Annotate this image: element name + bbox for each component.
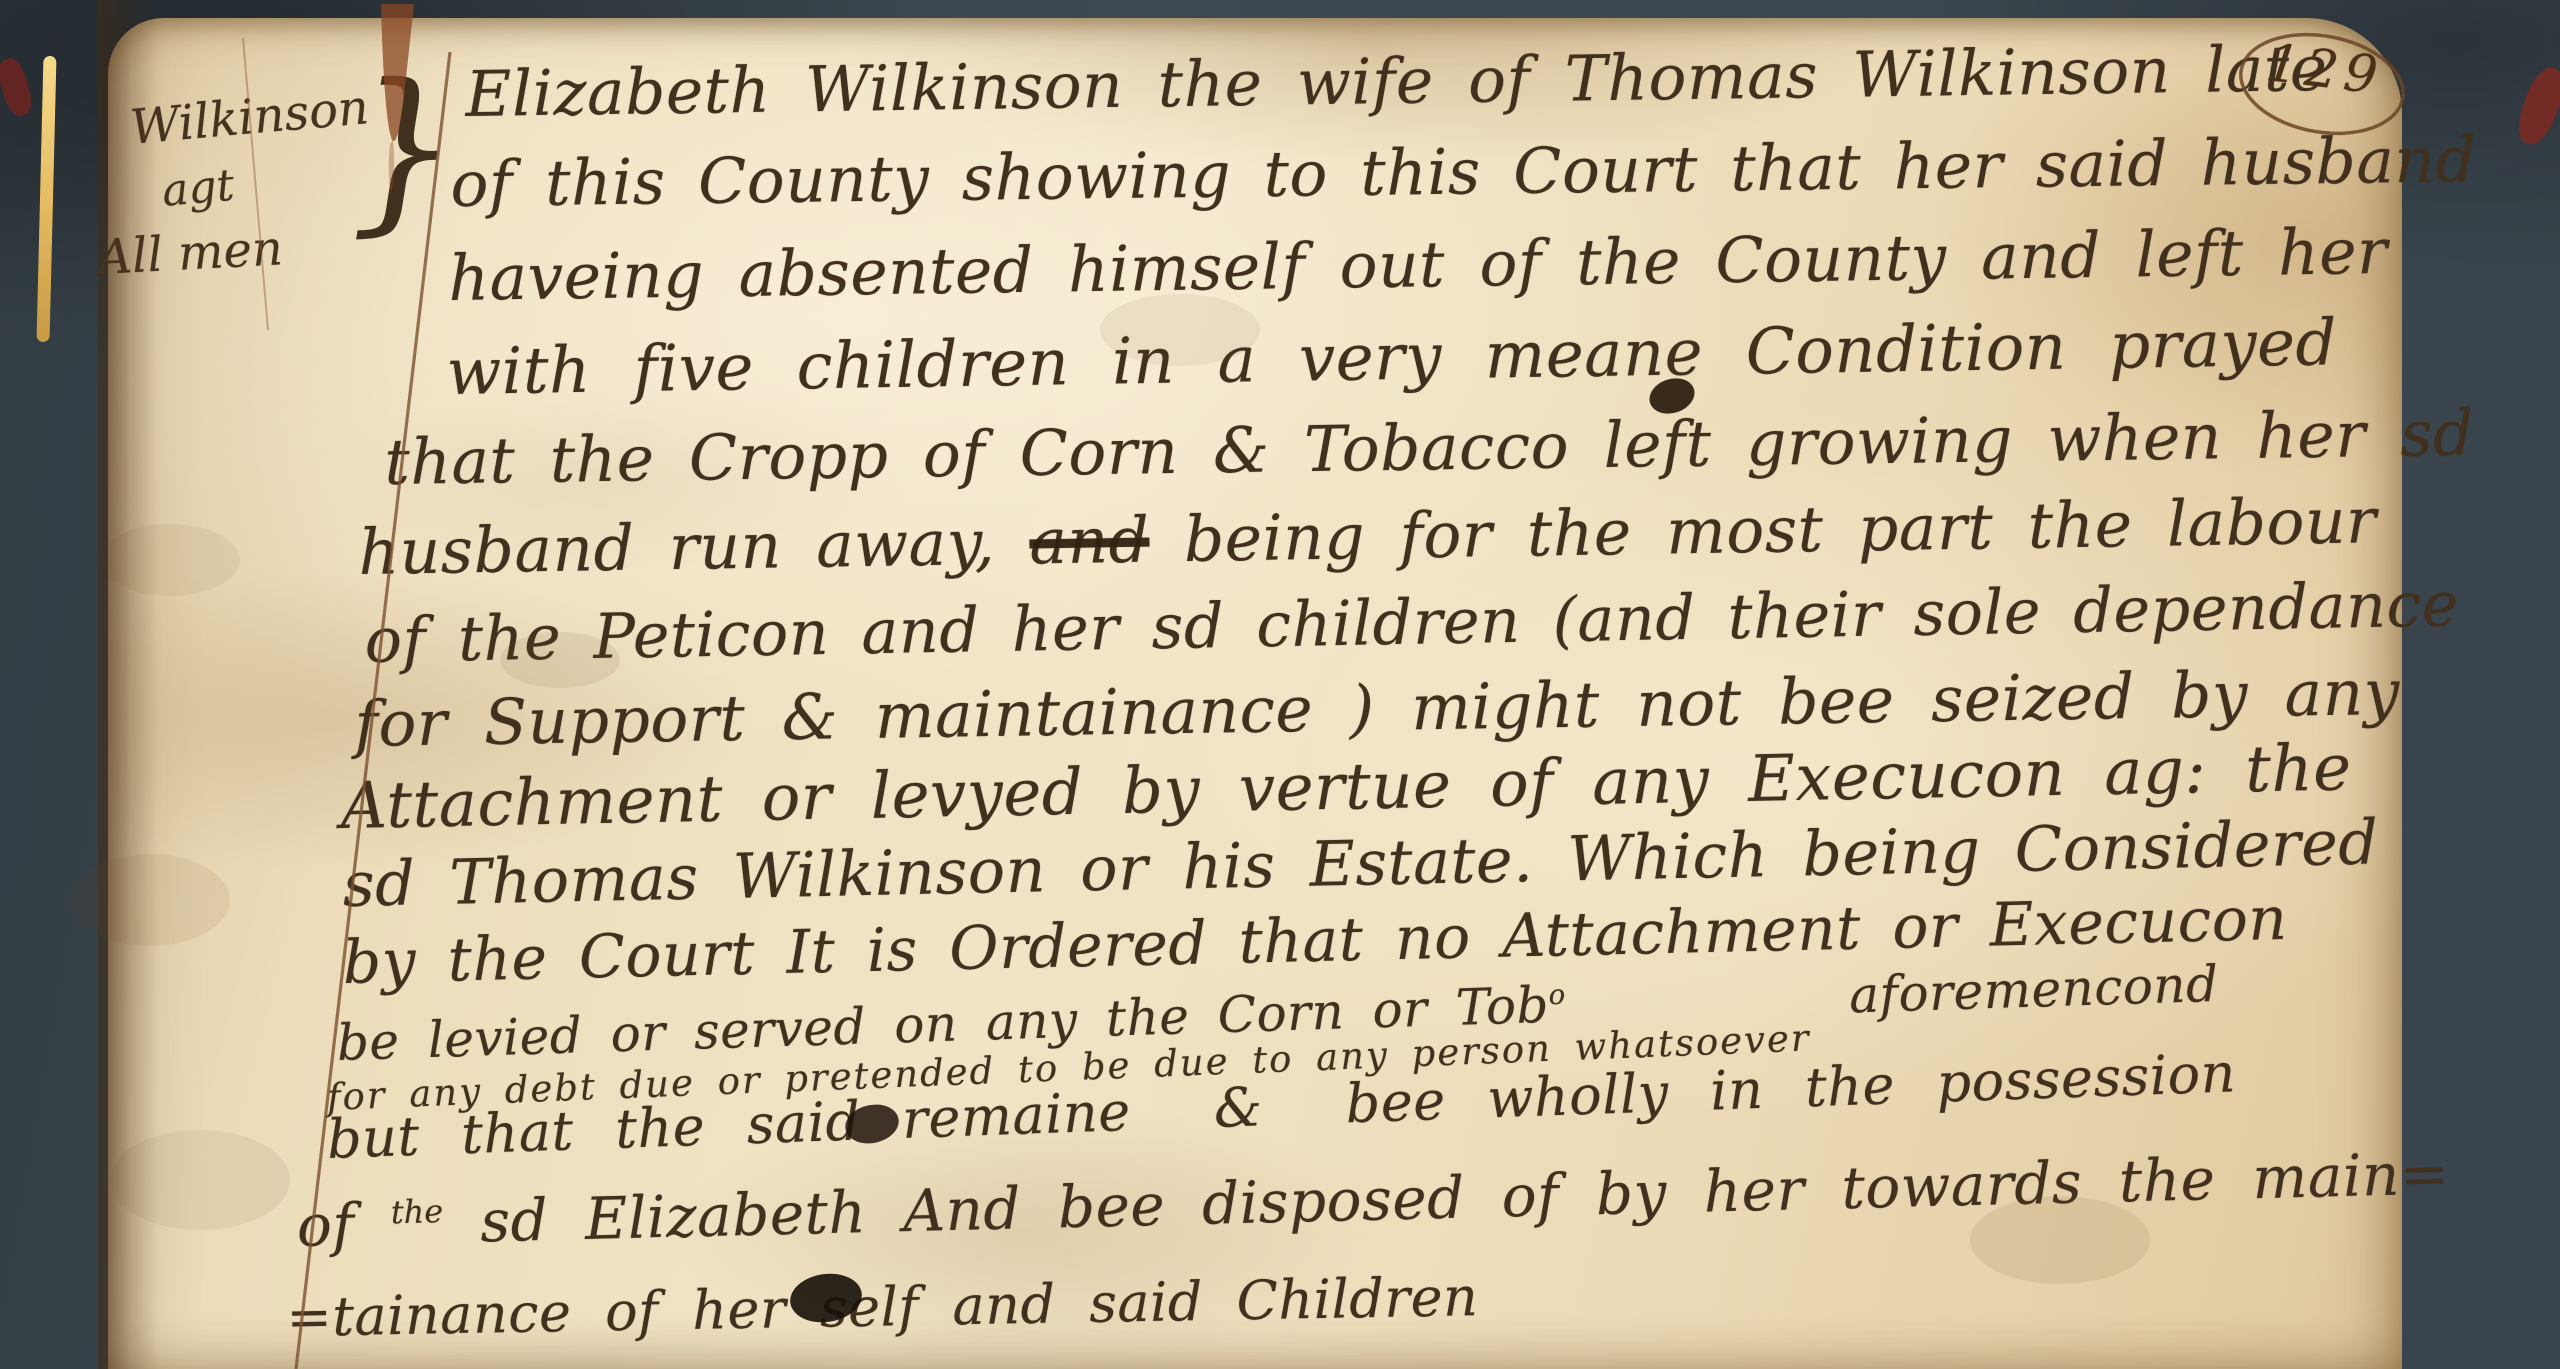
previous-page-edge — [0, 0, 106, 1369]
inserted-word-the: the — [390, 1192, 443, 1231]
superscript-letter: o — [1548, 979, 1566, 1012]
margin-brace: } — [344, 66, 462, 232]
book-photo: 129 Wilkinson agt All men } Elizabeth Wi… — [0, 0, 2560, 1369]
struck-word: and — [1029, 504, 1150, 579]
text-line-content: of — [296, 1190, 392, 1260]
gutter-shadow — [98, 0, 158, 1369]
text-line-content: husband run away, — [358, 505, 1030, 589]
margin-note-line: All men — [96, 220, 284, 286]
margin-note-line: agt — [160, 160, 236, 217]
